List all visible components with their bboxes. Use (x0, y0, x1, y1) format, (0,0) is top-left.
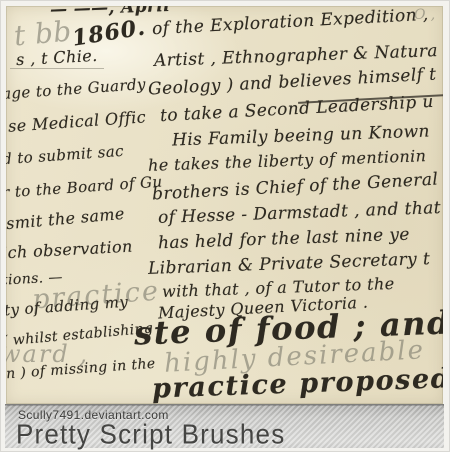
manuscript-line: tions. — (6, 270, 63, 287)
manuscript-line: of Hesse - Darmstadt , and that (158, 200, 441, 227)
manuscript-line: s , t Chie. (16, 48, 98, 68)
manuscript-line: — ——, April (50, 6, 171, 19)
brush-preview-image: t bb O , practice ward , highly desireab… (0, 0, 450, 452)
manuscript-line: smit the same (6, 206, 125, 232)
manuscript-line: of the Exploration Expedition , (152, 7, 429, 38)
manuscript-line: ich observation (6, 239, 133, 262)
manuscript-line: His Family beeing un Known (172, 124, 430, 150)
manuscript-paper: t bb O , practice ward , highly desireab… (6, 6, 443, 404)
manuscript-line: age to the Guardy (6, 77, 146, 102)
manuscript-line: r to the Board of Gu (6, 174, 163, 200)
manuscript-date: 1860. (71, 16, 147, 49)
manuscript-line: has held for the last nine ye (158, 227, 410, 253)
ghost-pencil-line: t bb (13, 18, 73, 51)
manuscript-line: ste of food ; and (134, 306, 443, 349)
manuscript-line: ty of adding my (6, 295, 129, 319)
footer-banner: Scully7491.deviantart.com Pretty Script … (5, 404, 444, 448)
manuscript-line: se Medical Offic (8, 109, 147, 135)
banner-title: Pretty Script Brushes (16, 418, 285, 451)
manuscript-line: d to submit sac (6, 144, 124, 167)
manuscript-line: he takes the liberty of mentionin (148, 148, 427, 174)
